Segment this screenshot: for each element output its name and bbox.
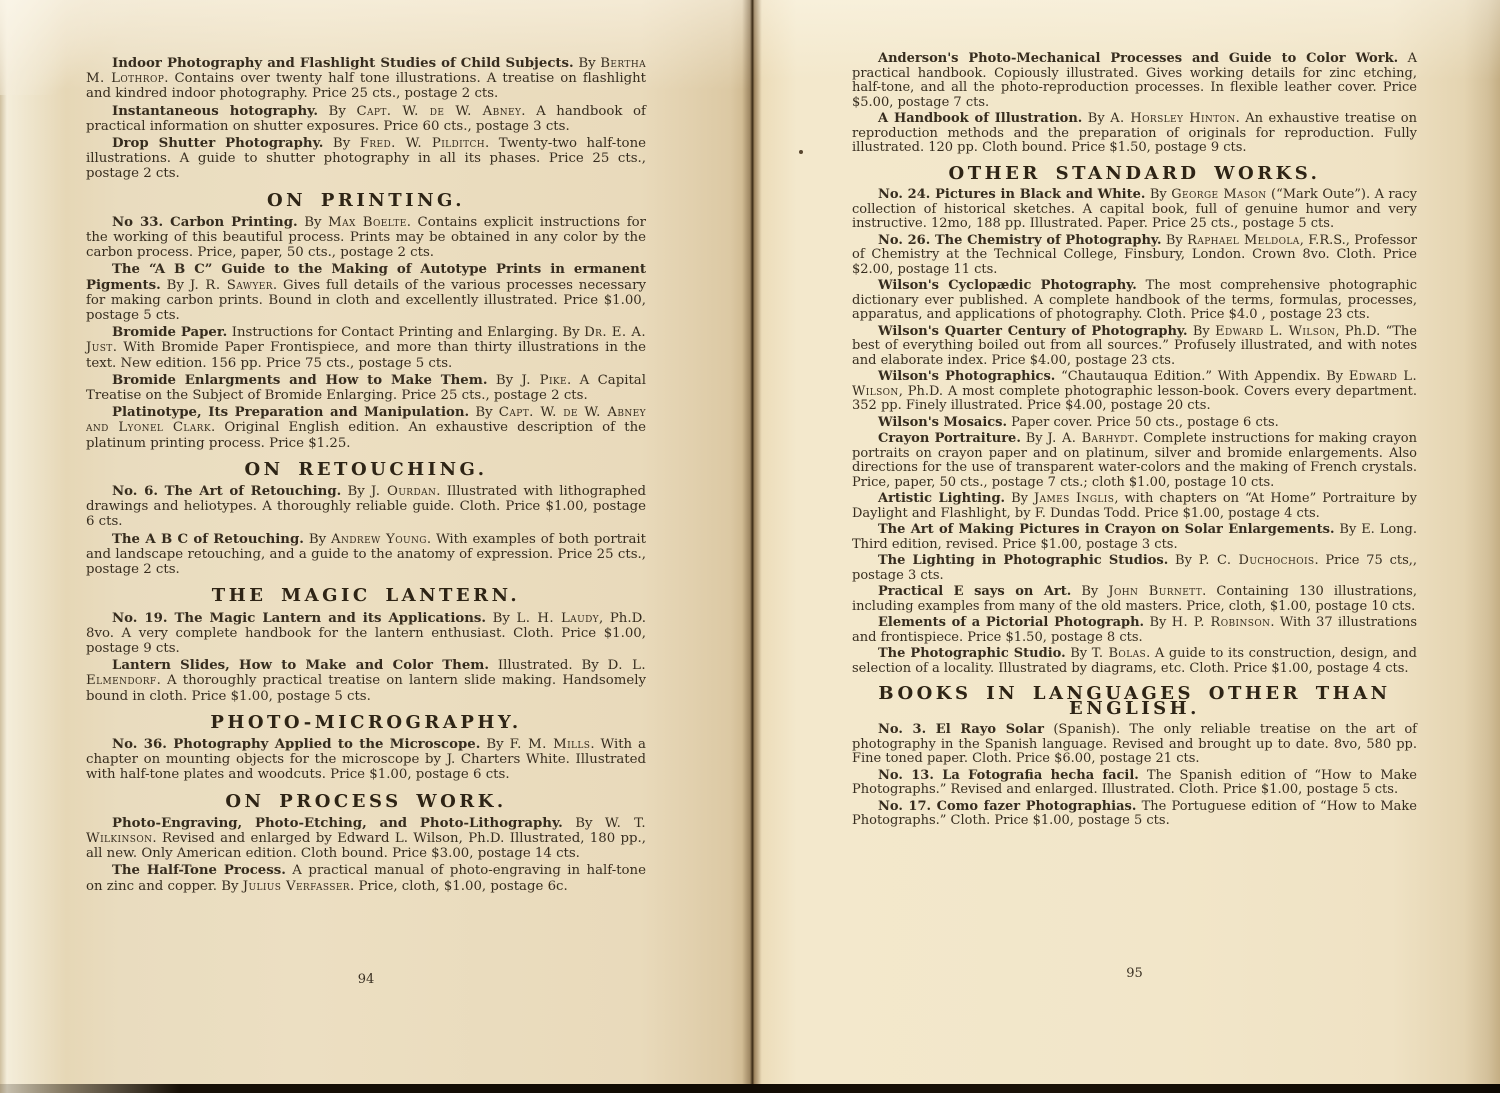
catalog-entry: No. 3. El Rayo Solar (Spanish). The only… [852,723,1417,767]
entry-title: The Lighting in Photographic Studios. [878,553,1168,568]
entry-title: No. 6. The Art of Retouching. [112,484,341,499]
entry-title: The “A B C” Guide to the Making of Autot… [86,262,646,292]
section-heading: ON RETOUCHING. [86,462,646,477]
entry-title: No. 36. Photography Applied to the Micro… [112,737,480,752]
catalog-entry: Indoor Photography and Flashlight Studie… [86,56,646,102]
entry-title: A Handbook of Illustration. [878,111,1082,126]
author-name: Raphael Meldola [1187,233,1300,248]
author-name: Andrew Young [331,532,427,547]
catalog-entry: Elements of a Pictorial Photograph. By H… [852,616,1417,645]
entry-title: Wilson's Cyclopædic Photography. [878,278,1137,293]
author-name: James Inglis [1034,491,1114,506]
entry-title: Photo-Engraving, Photo-Etching, and Phot… [112,816,563,831]
catalog-entry: Wilson's Cyclopædic Photography. The mos… [852,279,1417,323]
entry-title: Crayon Portraiture. [878,431,1021,446]
author-name: Capt. W. de W. Abney [356,104,521,119]
author-name: H. P. Robinson [1172,615,1271,630]
author-name: John Burnett [1108,584,1202,599]
catalog-entry: The Photographic Studio. By T. Bolas. A … [852,647,1417,676]
section-heading: THE MAGIC LANTERN. [86,588,646,603]
entry-title: Artistic Lighting. [878,491,1005,506]
author-name: F. M. Mills [510,737,591,752]
catalog-entry: No. 26. The Chemistry of Photography. By… [852,234,1417,278]
catalog-entry: Crayon Portraiture. By J. A. Barhydt. Co… [852,432,1417,490]
catalog-entry: The Art of Making Pictures in Crayon on … [852,523,1417,552]
catalog-entry: Instantaneous hotography. By Capt. W. de… [86,104,646,134]
entry-title: No. 3. El Rayo Solar [878,722,1044,737]
catalog-entry: Artistic Lighting. By James Inglis, with… [852,492,1417,521]
catalog-entry: No. 36. Photography Applied to the Micro… [86,737,646,783]
entry-title: No. 24. Pictures in Black and White. [878,187,1145,202]
entry-title: No. 19. The Magic Lantern and its Applic… [112,611,486,626]
author-name: P. C. Duchochois [1199,553,1315,568]
catalog-entry: Practical E says on Art. By John Burnett… [852,585,1417,614]
catalog-entry: Wilson's Quarter Century of Photography.… [852,325,1417,369]
entry-title: Wilson's Mosaics. [878,415,1007,430]
author-name: A. Horsley Hinton [1110,111,1235,126]
section-heading: BOOKS IN LANGUAGES OTHER THAN ENGLISH. [852,687,1417,716]
catalog-entry: No. 24. Pictures in Black and White. By … [852,188,1417,232]
entry-title: Lantern Slides, How to Make and Color Th… [112,658,489,673]
catalog-entry: No 33. Carbon Printing. By Max Boelte. C… [86,215,646,261]
entry-title: Bromide Enlargments and How to Make Them… [112,373,487,388]
entry-title: No. 17. Como fazer Photographias. [878,799,1136,814]
entry-title: Practical E says on Art. [878,584,1071,599]
catalog-entry: Drop Shutter Photography. By Fred. W. Pi… [86,136,646,182]
entry-title: Anderson's Photo-Mechanical Processes an… [878,51,1398,66]
author-name: L. H. Laudy [517,611,600,626]
author-name: J. R. Sawyer [190,278,273,293]
section-heading: PHOTO-MICROGRAPHY. [86,715,646,730]
author-name: J. Pike [522,373,568,388]
author-name: Edward L. Wilson [1215,324,1335,339]
book-scan: Indoor Photography and Flashlight Studie… [0,0,1500,1093]
book-bottom-edge [0,1084,1500,1093]
author-name: T. Bolas [1092,646,1146,661]
page-94-content: Indoor Photography and Flashlight Studie… [86,56,646,896]
author-name: George Mason [1171,187,1266,202]
author-name: Julius Verfasser [243,879,350,894]
entry-title: No. 26. The Chemistry of Photography. [878,233,1162,248]
catalog-entry: A Handbook of Illustration. By A. Horsle… [852,112,1417,156]
catalog-entry: No. 6. The Art of Retouching. By J. Ourd… [86,484,646,530]
entry-title: The Photographic Studio. [878,646,1066,661]
entry-title: Indoor Photography and Flashlight Studie… [112,56,574,71]
section-heading: OTHER STANDARD WORKS. [852,167,1417,182]
author-name: J. A. Barhydt [1048,431,1135,446]
section-heading: ON PROCESS WORK. [86,794,646,809]
ink-speck [799,150,803,154]
catalog-entry: The A B C of Retouching. By Andrew Young… [86,532,646,578]
catalog-entry: Bromide Enlargments and How to Make Them… [86,373,646,403]
catalog-entry: Wilson's Mosaics. Paper cover. Price 50 … [852,416,1417,431]
entry-title: Wilson's Quarter Century of Photography. [878,324,1188,339]
catalog-entry: No. 19. The Magic Lantern and its Applic… [86,611,646,657]
catalog-entry: Wilson's Photographics. “Chautauqua Edit… [852,370,1417,414]
book-gutter [742,0,762,1093]
catalog-entry: Lantern Slides, How to Make and Color Th… [86,658,646,704]
entry-title: Platinotype, Its Preparation and Manipul… [112,405,469,420]
page-number-left: 94 [86,972,646,987]
catalog-entry: No. 13. La Fotografia hecha facil. The S… [852,769,1417,798]
page-95-content: Anderson's Photo-Mechanical Processes an… [852,52,1417,831]
entry-title: No 33. Carbon Printing. [112,215,298,230]
page-number-right: 95 [852,966,1417,981]
entry-title: Elements of a Pictorial Photograph. [878,615,1144,630]
author-name: J. Ourdan [371,484,436,499]
catalog-entry: The Lighting in Photographic Studios. By… [852,554,1417,583]
entry-title: No. 13. La Fotografia hecha facil. [878,768,1139,783]
catalog-entry: Photo-Engraving, Photo-Etching, and Phot… [86,816,646,862]
entry-title: The Art of Making Pictures in Crayon on … [878,522,1334,537]
catalog-entry: Anderson's Photo-Mechanical Processes an… [852,52,1417,110]
catalog-entry: The Half-Tone Process. A practical manua… [86,863,646,893]
catalog-entry: The “A B C” Guide to the Making of Autot… [86,262,646,323]
entry-title: Bromide Paper. [112,325,227,340]
entry-title: Instantaneous hotography. [112,104,318,119]
section-heading: ON PRINTING. [86,193,646,208]
catalog-entry: Bromide Paper. Instructions for Contact … [86,325,646,371]
catalog-entry: Platinotype, Its Preparation and Manipul… [86,405,646,451]
entry-title: The A B C of Retouching. [112,532,304,547]
entry-title: The Half-Tone Process. [112,863,286,878]
catalog-entry: No. 17. Como fazer Photographias. The Po… [852,800,1417,829]
entry-title: Wilson's Photographics. [878,369,1055,384]
author-name: Fred. W. Pilditch [360,136,485,151]
author-name: Max Boelte [328,215,407,230]
entry-title: Drop Shutter Photography. [112,136,323,151]
